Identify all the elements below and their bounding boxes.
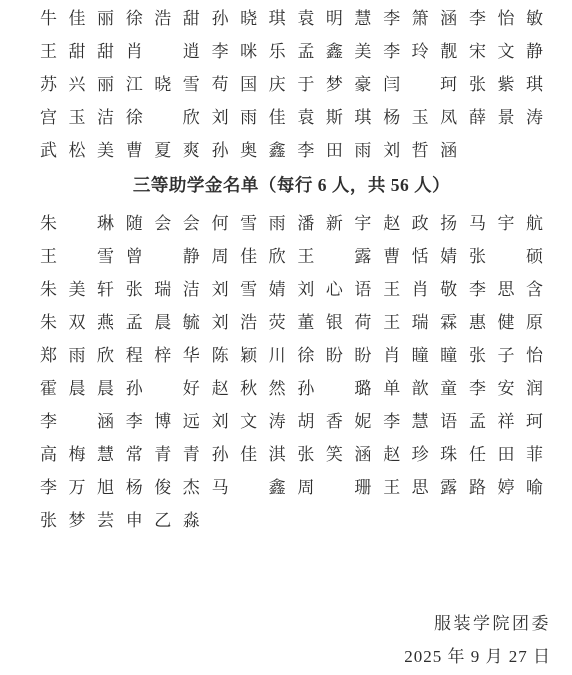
third-class-scholarship-list: 朱琳随会会何雪雨潘新宇赵政扬马宇航王雪曾静周佳欣王露曹恬婧张硕朱美轩张瑞洁刘雪婧…: [40, 205, 543, 535]
student-name: 李咪乐: [212, 37, 286, 62]
student-name: 肖逍: [126, 37, 200, 62]
name-row: 高梅慧常青青孙佳淇张笑涵赵珍珠任田菲: [40, 436, 543, 469]
name-row: 朱双燕孟晨毓刘浩荧董银荷王瑞霖惠健原: [40, 304, 543, 337]
student-name: 高梅慧: [40, 440, 114, 465]
student-name: 肖瞳瞳: [383, 341, 457, 366]
signature-org: 服装学院团委: [40, 607, 551, 640]
name-row: 郑雨欣程梓华陈颖川徐盼盼肖瞳瞳张子怡: [40, 337, 543, 370]
student-name: 董银荷: [297, 308, 371, 333]
student-name: 曹恬婧: [383, 242, 457, 267]
student-name: 单歆童: [383, 374, 457, 399]
student-name: 曹夏爽: [126, 136, 200, 161]
student-name: 张子怡: [469, 341, 543, 366]
student-name: 张梦芸: [40, 506, 114, 531]
student-name: 李怡敏: [469, 4, 543, 29]
name-row: 王甜甜肖逍李咪乐孟鑫美李玲靓宋文静: [40, 33, 543, 66]
student-name: 闫珂: [383, 70, 457, 95]
name-row: 霍晨晨孙好赵秋然孙璐单歆童李安润: [40, 370, 543, 403]
student-name: 张硕: [469, 242, 543, 267]
student-name: 王甜甜: [40, 37, 114, 62]
student-name: 江晓雪: [126, 70, 200, 95]
student-name: 于梦豪: [297, 70, 371, 95]
student-name: 孙璐: [297, 374, 371, 399]
student-name: 朱双燕: [40, 308, 114, 333]
student-name: 王露: [297, 242, 371, 267]
student-name: 朱琳: [40, 209, 114, 234]
student-name: 孟祥珂: [469, 407, 543, 432]
student-name: 苟国庆: [212, 70, 286, 95]
student-name: 潘新宇: [297, 209, 371, 234]
name-row: 牛佳丽徐浩甜孙晓琪袁明慧李箫涵李怡敏: [40, 0, 543, 33]
document-page: 牛佳丽徐浩甜孙晓琪袁明慧李箫涵李怡敏王甜甜肖逍李咪乐孟鑫美李玲靓宋文静苏兴丽江晓…: [0, 0, 572, 675]
student-name: 王思露: [383, 473, 457, 498]
student-name: 赵珍珠: [383, 440, 457, 465]
student-name: 任田菲: [469, 440, 543, 465]
signature-block: 服装学院团委 2025 年 9 月 27 日: [40, 607, 551, 673]
student-name: 霍晨晨: [40, 374, 114, 399]
student-name: 曾静: [126, 242, 200, 267]
student-name: 刘心语: [297, 275, 371, 300]
signature-date: 2025 年 9 月 27 日: [40, 640, 551, 673]
student-name: 王雪: [40, 242, 114, 267]
student-name: 薛景涛: [469, 103, 543, 128]
student-name: 杨玉凤: [383, 103, 457, 128]
student-name: 王瑞霖: [383, 308, 457, 333]
student-name: 孙好: [126, 374, 200, 399]
student-name: 陈颖川: [212, 341, 286, 366]
student-name: 马鑫: [212, 473, 286, 498]
student-name: 惠健原: [469, 308, 543, 333]
student-name: 刘雨佳: [212, 103, 286, 128]
student-name: 李玲靓: [383, 37, 457, 62]
student-name: 孙晓琪: [212, 4, 286, 29]
name-row: 朱美轩张瑞洁刘雪婧刘心语王肖敬李思含: [40, 271, 543, 304]
student-name: 张紫琪: [469, 70, 543, 95]
student-name: 徐欣: [126, 103, 200, 128]
student-name: 徐盼盼: [297, 341, 371, 366]
student-name: 李思含: [469, 275, 543, 300]
student-name: 徐浩甜: [126, 4, 200, 29]
student-name: 苏兴丽: [40, 70, 114, 95]
student-name: 李慧语: [383, 407, 457, 432]
student-name: 刘哲涵: [383, 136, 457, 161]
student-name: 袁明慧: [297, 4, 371, 29]
student-name: 孙佳淇: [212, 440, 286, 465]
student-name: 李田雨: [297, 136, 371, 161]
student-name: 赵秋然: [212, 374, 286, 399]
student-name: 马宇航: [469, 209, 543, 234]
student-name: 李箫涵: [383, 4, 457, 29]
student-name: 程梓华: [126, 341, 200, 366]
student-name: 武松美: [40, 136, 114, 161]
student-name: 刘浩荧: [212, 308, 286, 333]
student-name: 何雪雨: [212, 209, 286, 234]
name-row: 张梦芸申乙淼: [40, 502, 543, 535]
name-row: 宫玉洁徐欣刘雨佳袁斯琪杨玉凤薛景涛: [40, 99, 543, 132]
name-row: 李涵李博远刘文涛胡香妮李慧语孟祥珂: [40, 403, 543, 436]
student-name: 朱美轩: [40, 275, 114, 300]
student-name: 申乙淼: [126, 506, 200, 531]
name-row: 苏兴丽江晓雪苟国庆于梦豪闫珂张紫琪: [40, 66, 543, 99]
student-name: 路婷喻: [469, 473, 543, 498]
scholarship-list-continued: 牛佳丽徐浩甜孙晓琪袁明慧李箫涵李怡敏王甜甜肖逍李咪乐孟鑫美李玲靓宋文静苏兴丽江晓…: [40, 0, 543, 165]
student-name: 王肖敬: [383, 275, 457, 300]
student-name: 张笑涵: [297, 440, 371, 465]
name-row: 武松美曹夏爽孙奥鑫李田雨刘哲涵: [40, 132, 543, 165]
name-row: 李万旭杨俊杰马鑫周珊王思露路婷喻: [40, 469, 543, 502]
student-name: 李安润: [469, 374, 543, 399]
student-name: 孙奥鑫: [212, 136, 286, 161]
student-name: 李万旭: [40, 473, 114, 498]
student-name: 张瑞洁: [126, 275, 200, 300]
student-name: 赵政扬: [383, 209, 457, 234]
section-heading: 三等助学金名单（每行 6 人，共 56 人）: [40, 165, 543, 205]
student-name: 郑雨欣: [40, 341, 114, 366]
student-name: 宋文静: [469, 37, 543, 62]
student-name: 胡香妮: [297, 407, 371, 432]
student-name: 李博远: [126, 407, 200, 432]
name-row: 朱琳随会会何雪雨潘新宇赵政扬马宇航: [40, 205, 543, 238]
student-name: 牛佳丽: [40, 4, 114, 29]
student-name: 杨俊杰: [126, 473, 200, 498]
student-name: 常青青: [126, 440, 200, 465]
student-name: 随会会: [126, 209, 200, 234]
student-name: 周佳欣: [212, 242, 286, 267]
student-name: 李涵: [40, 407, 114, 432]
student-name: 袁斯琪: [297, 103, 371, 128]
student-name: 刘雪婧: [212, 275, 286, 300]
student-name: 宫玉洁: [40, 103, 114, 128]
student-name: 孟晨毓: [126, 308, 200, 333]
student-name: 周珊: [297, 473, 371, 498]
name-row: 王雪曾静周佳欣王露曹恬婧张硕: [40, 238, 543, 271]
student-name: 孟鑫美: [297, 37, 371, 62]
student-name: 刘文涛: [212, 407, 286, 432]
